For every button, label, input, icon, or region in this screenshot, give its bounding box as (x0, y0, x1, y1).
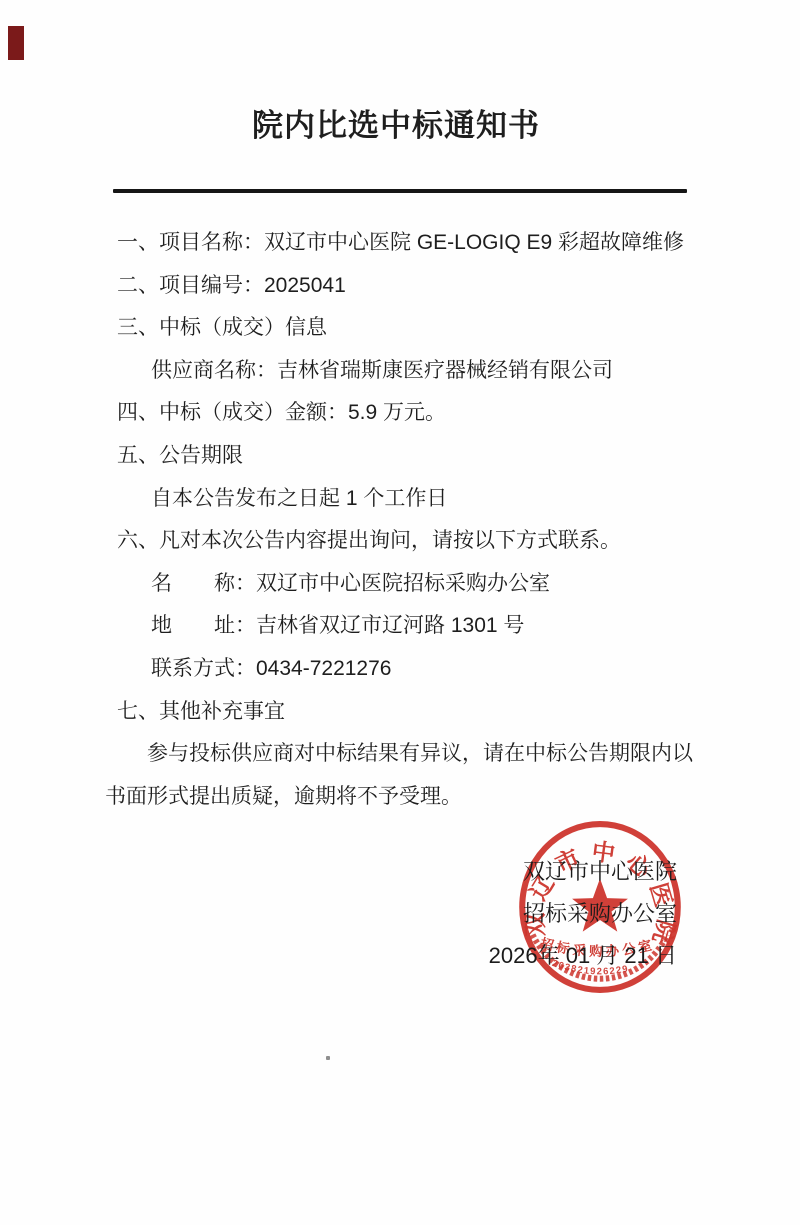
scanned-notice-page: { "colors": { "seal_red": "#c9241c", "in… (0, 0, 800, 1225)
signature-block: 双辽市中心医院 招标采购办公室 2026年 01 月 21 日 (489, 851, 677, 977)
doc-line: 五、公告期限 (117, 435, 701, 478)
doc-line: 供应商名称：吉林省瑞斯康医疗器械经销有限公司 (151, 350, 701, 393)
doc-line: 四、中标（成交）金额：5.9 万元。 (117, 392, 701, 435)
doc-line: 自本公告发布之日起 1 个工作日 (151, 478, 701, 521)
doc-line: 地 址：吉林省双辽市辽河路 1301 号 (151, 605, 701, 648)
title-underline (113, 189, 687, 193)
page-title: 院内比选中标通知书 (0, 100, 796, 145)
doc-line: 二、项目编号：2025041 (117, 265, 701, 308)
signature-date: 2026年 01 月 21 日 (489, 935, 677, 977)
scan-artifact-red-mark (8, 26, 24, 60)
doc-line: 参与投标供应商对中标结果有异议，请在中标公告期限内以书面形式提出质疑，逾期将不予… (105, 733, 701, 818)
doc-line: 六、凡对本次公告内容提出询问，请按以下方式联系。 (117, 520, 701, 563)
doc-line: 三、中标（成交）信息 (117, 307, 701, 350)
signature-org: 双辽市中心医院 (489, 851, 677, 893)
scan-artifact-speck (326, 1056, 330, 1060)
doc-line: 名 称：双辽市中心医院招标采购办公室 (151, 563, 701, 606)
document-body: 一、项目名称：双辽市中心医院 GE-LOGIQ E9 彩超故障维修二、项目编号：… (105, 222, 701, 788)
doc-line: 七、其他补充事宜 (117, 691, 701, 734)
signature-office: 招标采购办公室 (489, 893, 677, 935)
doc-line: 一、项目名称：双辽市中心医院 GE-LOGIQ E9 彩超故障维修 (117, 222, 701, 265)
doc-line: 联系方式：0434-7221276 (151, 648, 701, 691)
